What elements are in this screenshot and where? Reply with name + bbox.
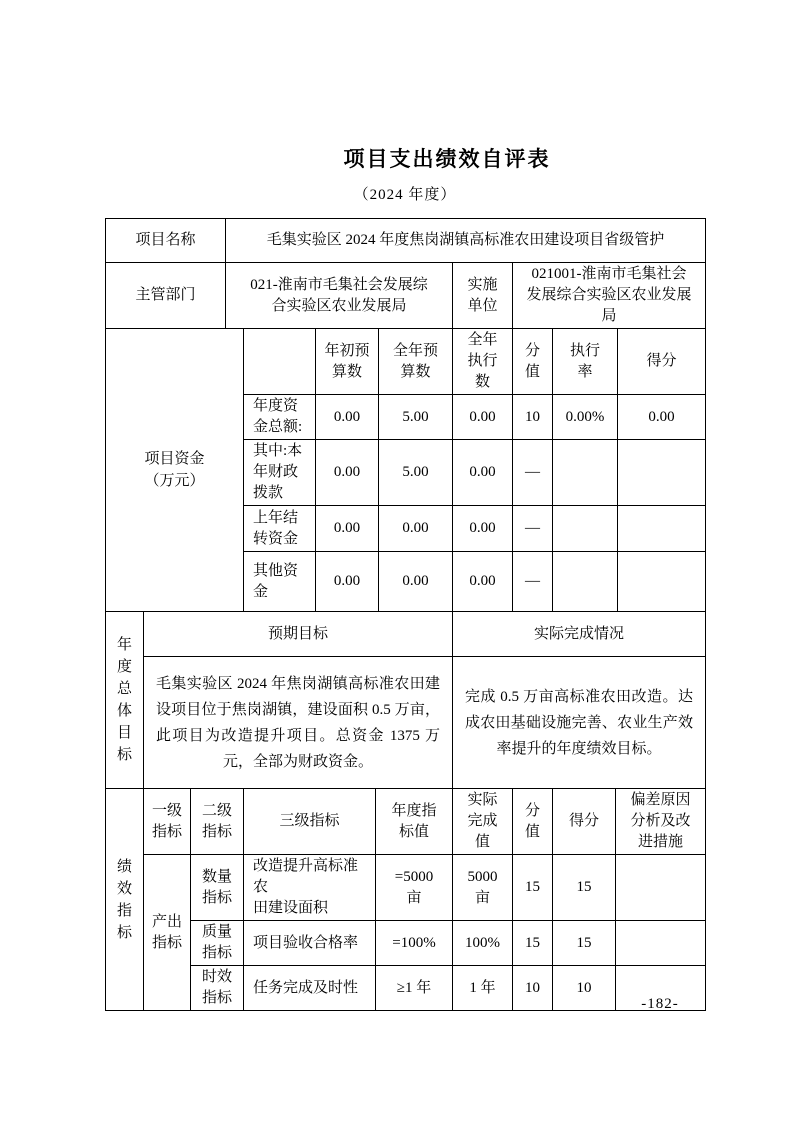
funds-header-row: 项目资金 （万元） 年初预 算数 全年预 算数 全年 执行 数 分 值 执行 率… bbox=[106, 329, 706, 395]
indicator-deviation bbox=[616, 921, 706, 966]
funds-score-value: — bbox=[513, 506, 553, 552]
expected-goal-text: 毛集实验区 2024 年焦岗湖镇高标准农田建设项目位于焦岗湖镇，建设面积 0.5… bbox=[144, 657, 453, 789]
indicator-actual: 5000 亩 bbox=[453, 855, 513, 921]
indicator-row-quality: 质量 指标 项目验收合格率 =100% 100% 15 15 bbox=[106, 921, 706, 966]
actual-completion-text: 完成 0.5 万亩高标准农田改造。达成农田基础设施完善、农业生产效率提升的年度绩… bbox=[453, 657, 706, 789]
indicator-deviation bbox=[616, 855, 706, 921]
level2-indicator: 时效 指标 bbox=[191, 966, 244, 1011]
indicator-score: 15 bbox=[553, 855, 616, 921]
indicators-table: 绩 效 指 标 一级 指标 二级 指标 三级指标 年度指 标值 实际 完成 值 … bbox=[105, 788, 706, 1011]
funds-score bbox=[618, 506, 706, 552]
indicator-target: =5000 亩 bbox=[376, 855, 453, 921]
funds-row-label: 其中:本 年财政 拨款 bbox=[244, 440, 316, 506]
indicator-target: ≥1 年 bbox=[376, 966, 453, 1011]
header-level2: 二级 指标 bbox=[191, 789, 244, 855]
basic-info-table: 项目名称 毛集实验区 2024 年度焦岗湖镇高标准农田建设项目省级管护 主管部门… bbox=[105, 218, 706, 329]
department-value: 021-淮南市毛集社会发展综 合实验区农业发展局 bbox=[226, 263, 453, 329]
implementing-unit-label: 实施 单位 bbox=[453, 263, 513, 329]
funds-executed: 0.00 bbox=[453, 552, 513, 612]
page-subtitle: （2024 年度） bbox=[105, 183, 705, 204]
project-name-value: 毛集实验区 2024 年度焦岗湖镇高标准农田建设项目省级管护 bbox=[226, 219, 706, 263]
project-name-row: 项目名称 毛集实验区 2024 年度焦岗湖镇高标准农田建设项目省级管护 bbox=[106, 219, 706, 263]
page-title: 项目支出绩效自评表 bbox=[147, 143, 747, 173]
funds-begin-budget: 0.00 bbox=[316, 506, 379, 552]
indicator-target: =100% bbox=[376, 921, 453, 966]
funds-table: 项目资金 （万元） 年初预 算数 全年预 算数 全年 执行 数 分 值 执行 率… bbox=[105, 328, 706, 612]
funds-begin-budget: 0.00 bbox=[316, 395, 379, 440]
funds-score bbox=[618, 440, 706, 506]
header-target-value: 年度指 标值 bbox=[376, 789, 453, 855]
goal-header-row: 年 度 总 体 目 标 预期目标 实际完成情况 bbox=[106, 612, 706, 657]
level3-indicator: 项目验收合格率 bbox=[244, 921, 376, 966]
funds-annual-budget: 5.00 bbox=[379, 395, 453, 440]
header-level1: 一级 指标 bbox=[144, 789, 191, 855]
funds-header-begin-budget: 年初预 算数 bbox=[316, 329, 379, 395]
level2-indicator: 数量 指标 bbox=[191, 855, 244, 921]
goal-content-row: 毛集实验区 2024 年焦岗湖镇高标准农田建设项目位于焦岗湖镇，建设面积 0.5… bbox=[106, 657, 706, 789]
funds-header-executed: 全年 执行 数 bbox=[453, 329, 513, 395]
funds-annual-budget: 0.00 bbox=[379, 506, 453, 552]
funds-execution-rate bbox=[553, 506, 618, 552]
header-score-value: 分 值 bbox=[513, 789, 553, 855]
implementing-unit-value: 021001-淮南市毛集社会 发展综合实验区农业发展 局 bbox=[513, 263, 706, 329]
funds-header-annual-budget: 全年预 算数 bbox=[379, 329, 453, 395]
funds-begin-budget: 0.00 bbox=[316, 552, 379, 612]
header-score: 得分 bbox=[553, 789, 616, 855]
department-row: 主管部门 021-淮南市毛集社会发展综 合实验区农业发展局 实施 单位 0210… bbox=[106, 263, 706, 329]
header-deviation: 偏差原因 分析及改 进措施 bbox=[616, 789, 706, 855]
funds-annual-budget: 5.00 bbox=[379, 440, 453, 506]
indicator-score: 15 bbox=[553, 921, 616, 966]
funds-score bbox=[618, 552, 706, 612]
funds-score: 0.00 bbox=[618, 395, 706, 440]
indicators-header-row: 绩 效 指 标 一级 指标 二级 指标 三级指标 年度指 标值 实际 完成 值 … bbox=[106, 789, 706, 855]
self-eval-table: 项目名称 毛集实验区 2024 年度焦岗湖镇高标准农田建设项目省级管护 主管部门… bbox=[105, 218, 705, 1011]
funds-execution-rate bbox=[553, 440, 618, 506]
funds-row-label: 其他资 金 bbox=[244, 552, 316, 612]
funds-header-score: 得分 bbox=[618, 329, 706, 395]
level3-indicator: 改造提升高标准农 田建设面积 bbox=[244, 855, 376, 921]
page-number: -182- bbox=[560, 996, 760, 1013]
project-name-label: 项目名称 bbox=[106, 219, 226, 263]
header-level3: 三级指标 bbox=[244, 789, 376, 855]
indicator-score-value: 15 bbox=[513, 921, 553, 966]
funds-section-label: 项目资金 （万元） bbox=[106, 329, 244, 612]
funds-score-value: — bbox=[513, 440, 553, 506]
indicator-actual: 100% bbox=[453, 921, 513, 966]
indicator-row-quantity: 产出 指标 数量 指标 改造提升高标准农 田建设面积 =5000 亩 5000 … bbox=[106, 855, 706, 921]
funds-executed: 0.00 bbox=[453, 440, 513, 506]
level2-indicator: 质量 指标 bbox=[191, 921, 244, 966]
indicators-section-label: 绩 效 指 标 bbox=[106, 789, 144, 1011]
level3-indicator: 任务完成及时性 bbox=[244, 966, 376, 1011]
level1-indicator-output: 产出 指标 bbox=[144, 855, 191, 1011]
funds-execution-rate: 0.00% bbox=[553, 395, 618, 440]
actual-completion-label: 实际完成情况 bbox=[453, 612, 706, 657]
funds-row-label: 年度资 金总额: bbox=[244, 395, 316, 440]
funds-executed: 0.00 bbox=[453, 395, 513, 440]
indicator-score-value: 15 bbox=[513, 855, 553, 921]
funds-begin-budget: 0.00 bbox=[316, 440, 379, 506]
funds-executed: 0.00 bbox=[453, 506, 513, 552]
funds-annual-budget: 0.00 bbox=[379, 552, 453, 612]
funds-score-value: 10 bbox=[513, 395, 553, 440]
annual-goal-section-label: 年 度 总 体 目 标 bbox=[106, 612, 144, 789]
funds-header-score-value: 分 值 bbox=[513, 329, 553, 395]
funds-score-value: — bbox=[513, 552, 553, 612]
department-label: 主管部门 bbox=[106, 263, 226, 329]
funds-execution-rate bbox=[553, 552, 618, 612]
header-actual-value: 实际 完成 值 bbox=[453, 789, 513, 855]
indicator-actual: 1 年 bbox=[453, 966, 513, 1011]
annual-goal-table: 年 度 总 体 目 标 预期目标 实际完成情况 毛集实验区 2024 年焦岗湖镇… bbox=[105, 611, 706, 789]
expected-goal-label: 预期目标 bbox=[144, 612, 453, 657]
funds-header-execution-rate: 执行 率 bbox=[553, 329, 618, 395]
funds-empty-corner bbox=[244, 329, 316, 395]
indicator-score-value: 10 bbox=[513, 966, 553, 1011]
funds-row-label: 上年结 转资金 bbox=[244, 506, 316, 552]
